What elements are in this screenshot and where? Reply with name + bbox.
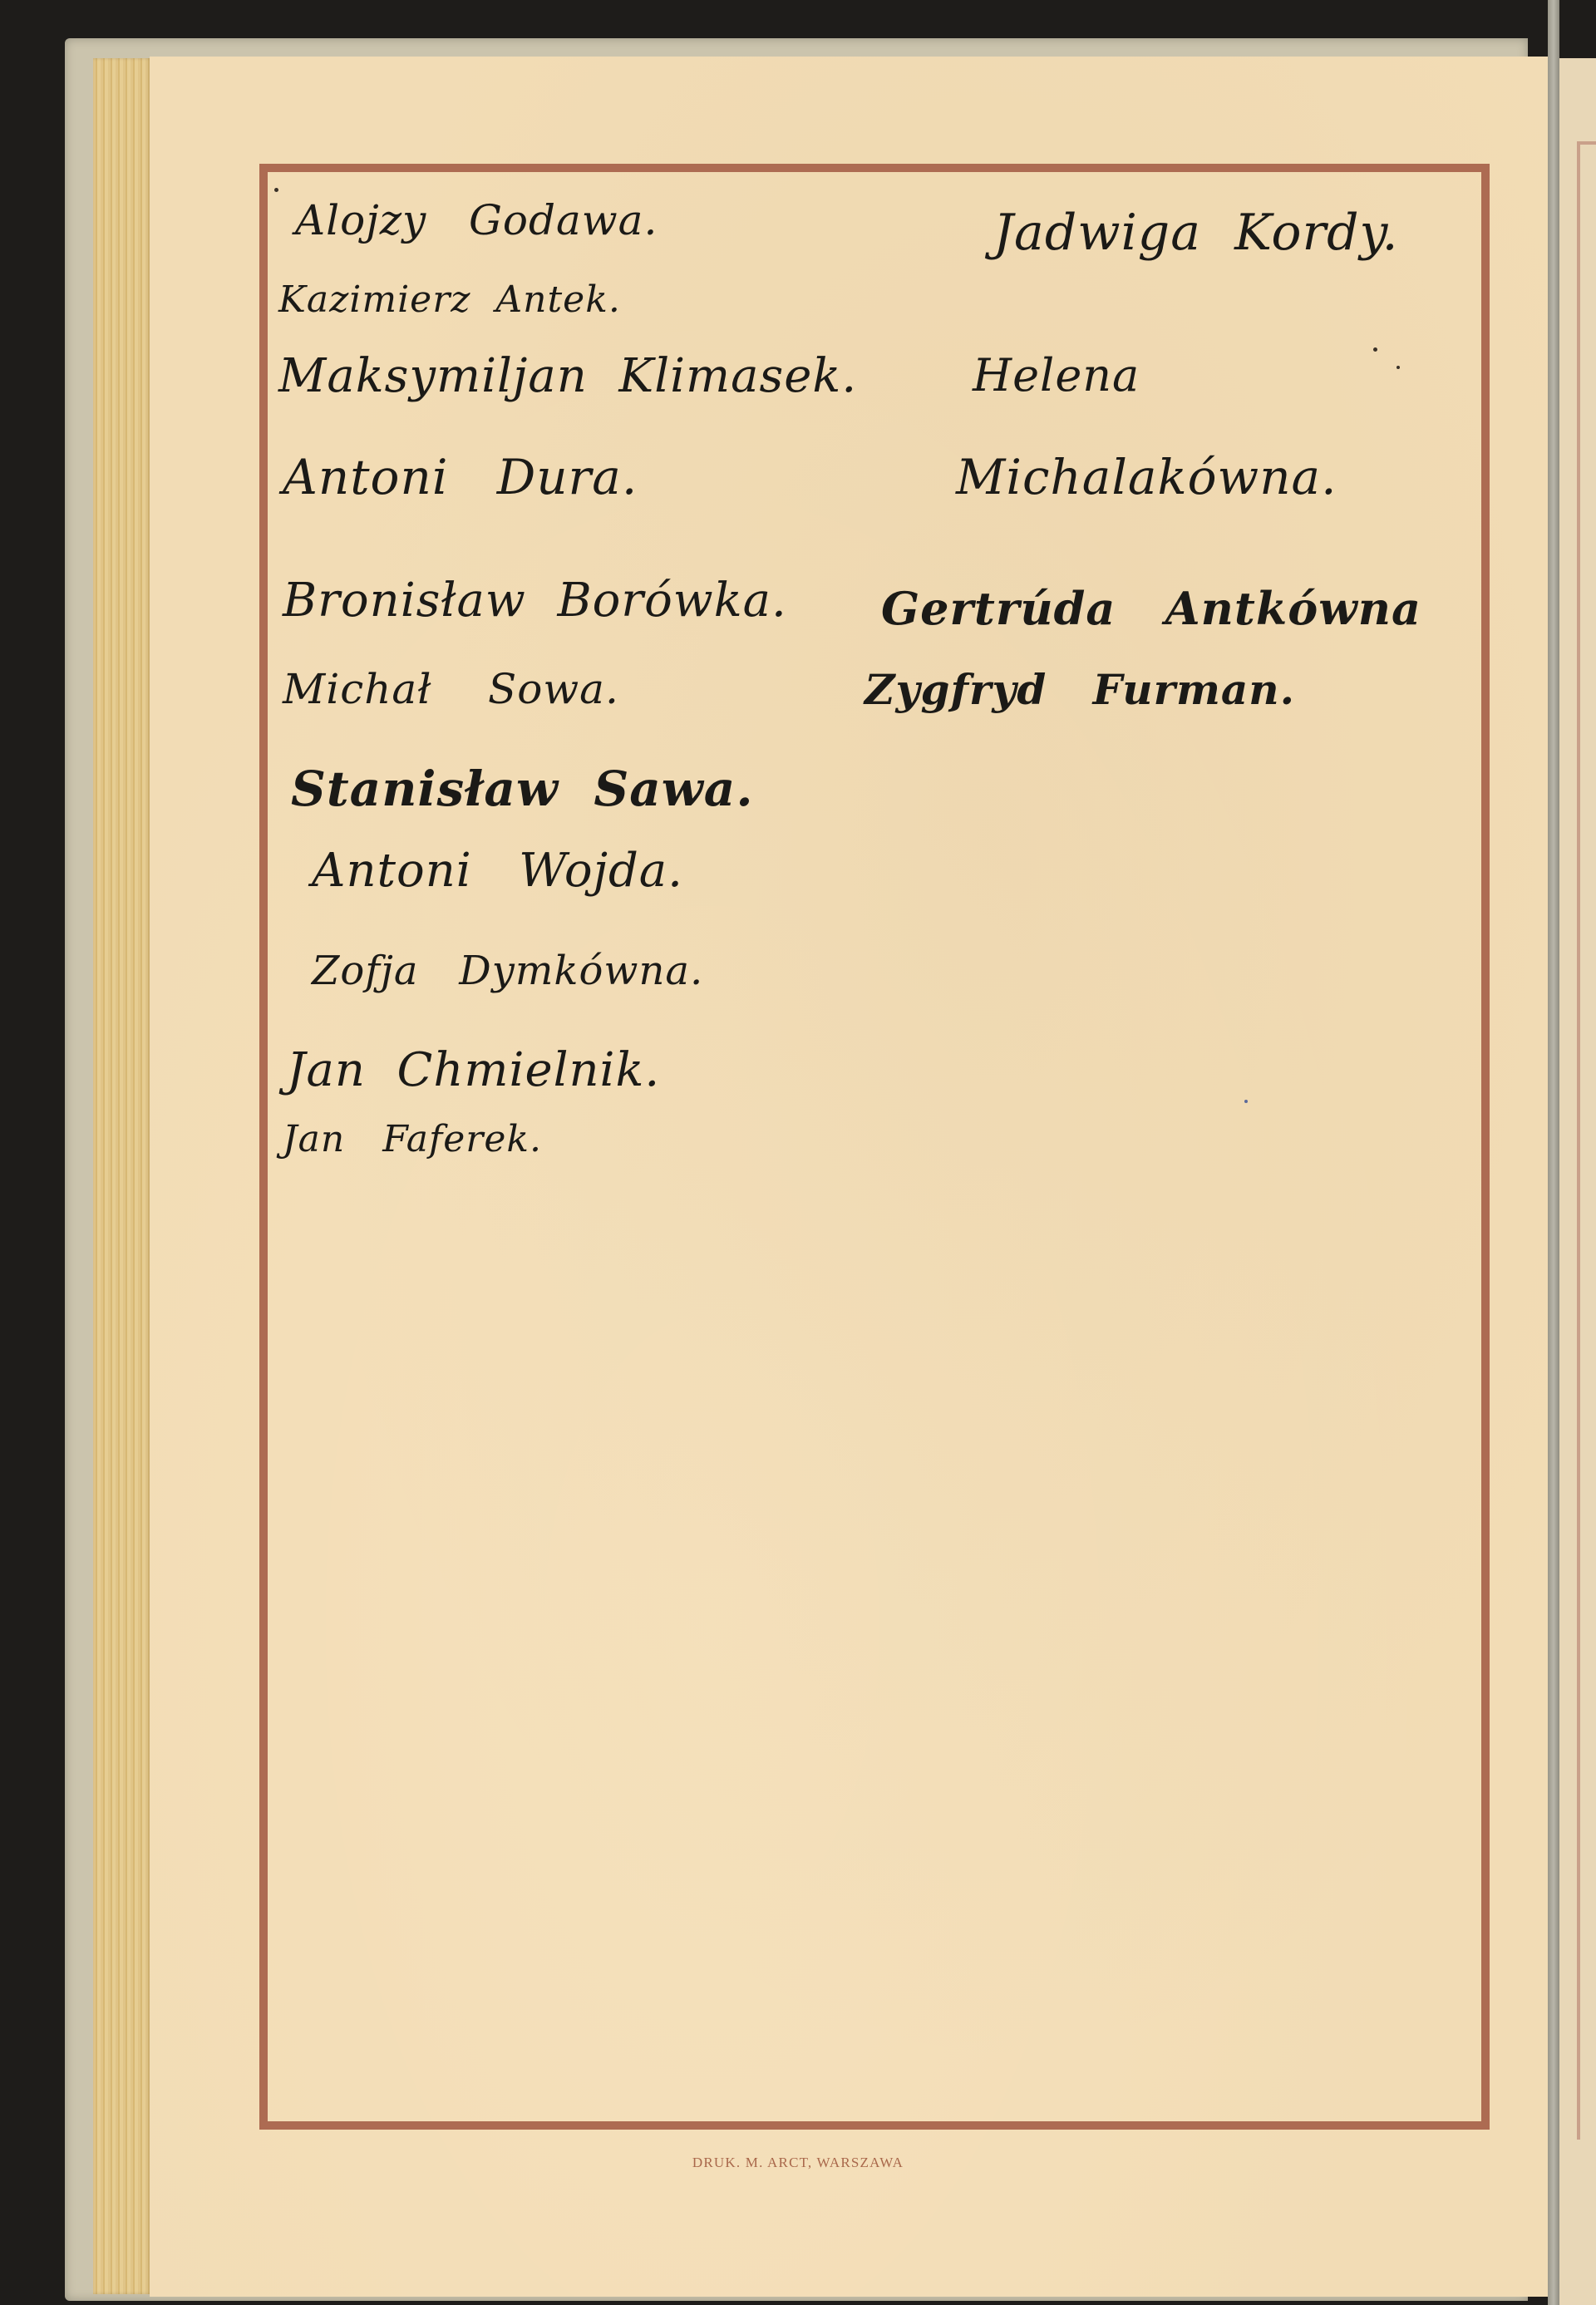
signature-last-name: Sawa. (594, 761, 753, 817)
signature-entry: Kazimierz Antek. (278, 278, 621, 321)
signature-entry: Jan Faferek. (283, 1118, 542, 1160)
signature-last-name: Klimasek. (618, 349, 857, 403)
signature-first-name: Zofja (312, 948, 419, 994)
signature-entry: Stanisław Sawa. (291, 761, 754, 817)
signature-entry: Zygfryd Furman. (864, 665, 1295, 714)
ink-spot (274, 188, 278, 192)
page-edges (93, 58, 151, 2294)
signature-last-name: Faferek. (382, 1118, 542, 1160)
signature-entry: Michalakówna. (956, 449, 1337, 505)
signature-entry: Zofja Dymkówna. (312, 948, 703, 994)
ink-spot (1244, 1100, 1248, 1103)
book-gutter (1548, 0, 1559, 2305)
signature-entry: Gertrúda Antkówna (881, 582, 1421, 635)
signature-last-name: Borówka. (557, 574, 786, 628)
signature-entry: Jadwiga Kordy. (993, 204, 1399, 262)
signature-last-name: Kordy. (1234, 204, 1398, 262)
signature-entry: Helena (973, 349, 1140, 401)
signature-last-name: Michalakówna. (956, 449, 1337, 505)
signature-last-name: Antek. (495, 278, 620, 321)
signature-last-name: Sowa. (488, 665, 619, 713)
signature-first-name: Stanisław (291, 761, 559, 817)
signature-last-name: Wojda. (519, 844, 683, 898)
signature-last-name: Furman. (1093, 665, 1295, 714)
signature-entry: Alojzy Godawa. (295, 196, 658, 244)
signature-last-name: Chmielnik. (397, 1043, 661, 1097)
signature-first-name: Jan (287, 1043, 366, 1097)
ink-spot (1396, 366, 1400, 369)
signature-entry: Michał Sowa. (283, 665, 619, 713)
signature-first-name: Jadwiga (993, 204, 1201, 262)
ink-spot (1373, 347, 1377, 352)
signature-last-name: Dura. (497, 449, 638, 505)
signature-first-name: Antoni (283, 449, 448, 505)
signature-last-name: Dymkówna. (459, 948, 703, 994)
signature-entry: Maksymiljan Klimasek. (278, 349, 857, 403)
signature-first-name: Alojzy (295, 196, 426, 244)
signature-entry: Jan Chmielnik. (287, 1043, 660, 1097)
signature-last-name: Antkówna (1165, 582, 1421, 635)
signature-first-name: Maksymiljan (278, 349, 588, 403)
signature-first-name: Michał (283, 665, 431, 713)
signature-first-name: Helena (973, 349, 1140, 401)
signature-first-name: Antoni (312, 844, 472, 898)
signature-entry: Antoni Wojda. (312, 844, 683, 898)
facing-page-frame (1577, 141, 1596, 2140)
signature-first-name: Jan (283, 1118, 345, 1160)
printer-imprint: DRUK. M. ARCT, WARSZAWA (0, 2155, 1596, 2171)
signature-first-name: Kazimierz (278, 278, 470, 321)
signature-last-name: Godawa. (469, 196, 658, 244)
signature-first-name: Bronisław (283, 574, 526, 628)
signature-first-name: Gertrúda (881, 582, 1116, 635)
signature-entry: Bronisław Borówka. (283, 574, 787, 628)
signature-entry: Antoni Dura. (283, 449, 638, 505)
signature-first-name: Zygfryd (864, 665, 1047, 714)
